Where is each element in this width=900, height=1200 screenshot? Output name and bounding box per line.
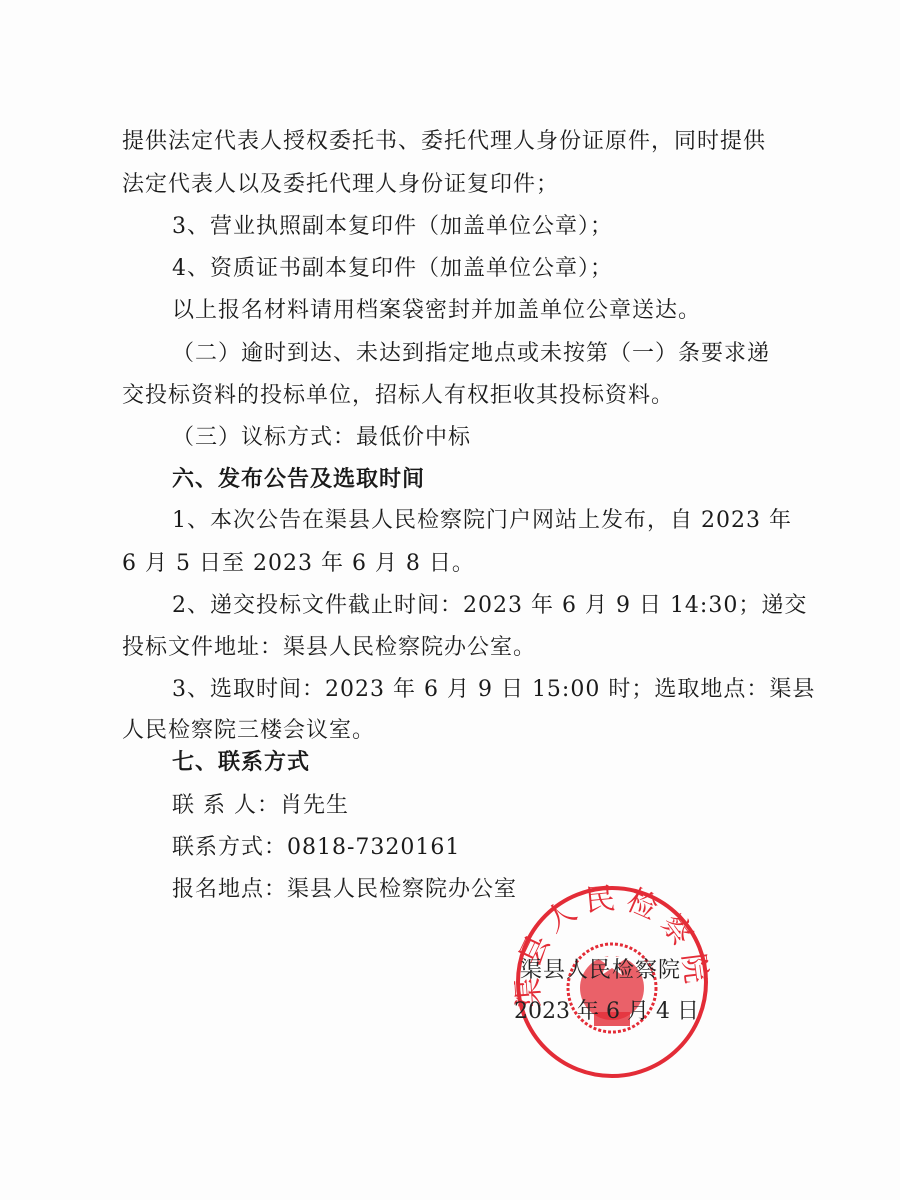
paragraph-line: 4、资质证书副本复印件（加盖单位公章）； (172, 258, 613, 280)
paragraph-line: 6 月 5 日至 2023 年 6 月 8 日。 (122, 553, 475, 575)
paragraph-line: 报名地点：渠县人民检察院办公室 (172, 879, 517, 901)
paragraph-line: 2、递交投标文件截止时间：2023 年 6 月 9 日 14:30；递交 (172, 595, 807, 617)
signature-date: 2023 年 6 月 4 日 (514, 1001, 699, 1023)
paragraph-line: 联系方式：0818-7320161 (172, 837, 460, 859)
signature-organization: 渠县人民检察院 (520, 960, 681, 982)
paragraph-line: （二）逾时到达、未达到指定地点或未按第（一）条要求递 (172, 343, 770, 365)
paragraph-line: 交投标资料的投标单位，招标人有权拒收其投标资料。 (122, 385, 674, 407)
paragraph-line: 3、选取时间：2023 年 6 月 9 日 15:00 时；选取地点：渠县 (172, 679, 815, 701)
paragraph-line: 提供法定代表人授权委托书、委托代理人身份证原件，同时提供 (122, 131, 766, 153)
section-heading: 六、发布公告及选取时间 (172, 469, 425, 491)
paragraph-line: 以上报名材料请用档案袋密封并加盖单位公章送达。 (172, 300, 701, 322)
paragraph-line: 投标文件地址：渠县人民检察院办公室。 (122, 637, 536, 659)
paragraph-line: 联 系 人：肖先生 (172, 795, 349, 817)
paragraph-line: 3、营业执照副本复印件（加盖单位公章）； (172, 216, 613, 238)
paragraph-line: （三）议标方式：最低价中标 (172, 427, 471, 449)
paragraph-line: 法定代表人以及委托代理人身份证复印件； (122, 174, 559, 196)
paragraph-line: 1、本次公告在渠县人民检察院门户网站上发布，自 2023 年 (172, 510, 792, 532)
paragraph-line: 人民检察院三楼会议室。 (122, 720, 375, 742)
section-heading: 七、联系方式 (172, 752, 310, 774)
